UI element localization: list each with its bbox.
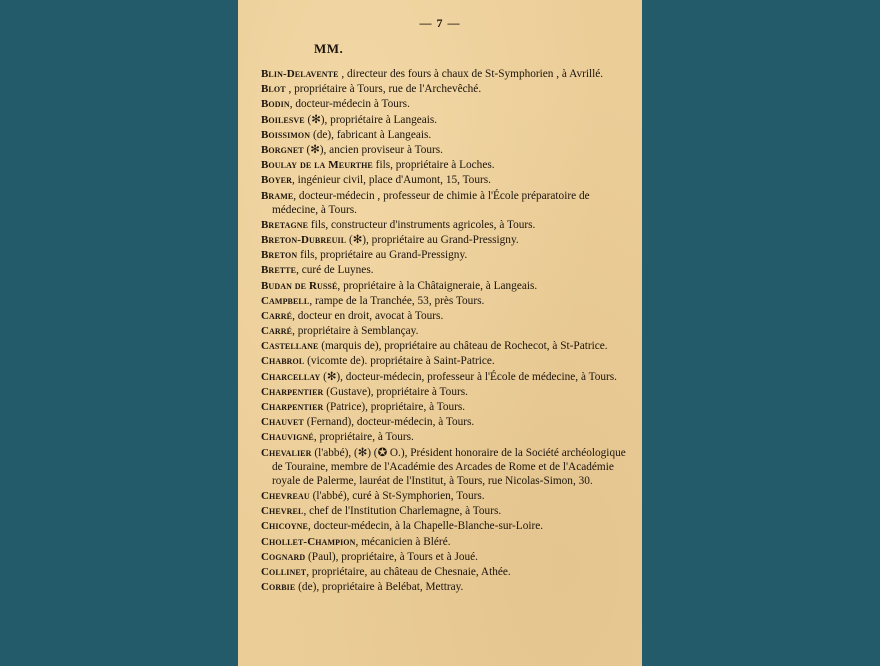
member-name: Chevrel	[261, 505, 303, 517]
member-name: Breton-Dubreuil	[261, 234, 346, 246]
member-description: , docteur en droit, avocat à Tours.	[292, 310, 443, 322]
member-name: Boilesve	[261, 114, 305, 126]
member-description: (de), fabricant à Langeais.	[310, 129, 431, 141]
book-page: — 7 — MM. Blin-Delavente , directeur des…	[238, 0, 642, 666]
member-entry: Chevrel, chef de l'Institution Charlemag…	[261, 504, 633, 518]
member-entry: Boilesve (✻), propriétaire à Langeais.	[261, 113, 633, 127]
member-entry: Blot , propriétaire à Tours, rue de l'Ar…	[261, 82, 633, 96]
member-name: Blin-Delavente	[261, 68, 339, 80]
member-entry: Chauvigné, propriétaire, à Tours.	[261, 430, 633, 444]
member-entry: Blin-Delavente , directeur des fours à c…	[261, 67, 633, 81]
member-description: (de), propriétaire à Belébat, Mettray.	[295, 581, 463, 593]
member-name: Chollet-Champion	[261, 536, 356, 548]
member-description: (✻), propriétaire à Langeais.	[305, 114, 437, 126]
member-entry: Boulay de la Meurthe fils, propriétaire …	[261, 158, 633, 172]
member-description: , chef de l'Institution Charlemagne, à T…	[303, 505, 501, 517]
member-name: Collinet	[261, 566, 306, 578]
member-name: Chevalier	[261, 447, 312, 459]
member-name: Borgnet	[261, 144, 304, 156]
member-name: Chabrol	[261, 355, 304, 367]
member-description: , curé de Luynes.	[296, 264, 373, 276]
member-description: (l'abbé), curé à St-Symphorien, Tours.	[310, 490, 485, 502]
member-name: Corbie	[261, 581, 295, 593]
member-entry: Chauvet (Fernand), docteur-médecin, à To…	[261, 415, 633, 429]
member-description: (✻), docteur-médecin, professeur à l'Éco…	[320, 371, 617, 383]
member-name: Carré	[261, 325, 292, 337]
member-description: fils, propriétaire au Grand-Pressigny.	[297, 249, 467, 261]
member-entry: Breton fils, propriétaire au Grand-Press…	[261, 248, 633, 262]
member-name: Castellane	[261, 340, 318, 352]
member-entry: Charcellay (✻), docteur-médecin, profess…	[261, 370, 633, 384]
member-name: Bodin	[261, 98, 290, 110]
member-entry: Chicoyne, docteur-médecin, à la Chapelle…	[261, 519, 633, 533]
member-name: Brette	[261, 264, 296, 276]
member-name: Campbell	[261, 295, 309, 307]
member-name: Blot	[261, 83, 286, 95]
member-entry: Collinet, propriétaire, au château de Ch…	[261, 565, 633, 579]
member-name: Chauvet	[261, 416, 304, 428]
member-description: (Fernand), docteur-médecin, à Tours.	[304, 416, 474, 428]
member-entry: Chevalier (l'abbé), (✻) (✪ O.), Présiden…	[261, 446, 633, 488]
member-description: (marquis de), propriétaire au château de…	[318, 340, 607, 352]
member-name: Brame	[261, 190, 293, 202]
member-name: Chevreau	[261, 490, 310, 502]
member-description: , propriétaire, à Tours.	[314, 431, 414, 443]
member-description: , propriétaire à la Châtaigneraie, à Lan…	[337, 280, 537, 292]
member-name: Chauvigné	[261, 431, 314, 443]
member-entry: Cognard (Paul), propriétaire, à Tours et…	[261, 550, 633, 564]
member-name: Breton	[261, 249, 297, 261]
member-description: fils, constructeur d'instruments agricol…	[308, 219, 535, 231]
member-name: Chicoyne	[261, 520, 308, 532]
page-number: — 7 —	[238, 16, 642, 31]
member-entry: Charpentier (Gustave), propriétaire à To…	[261, 385, 633, 399]
member-entry: Budan de Russé, propriétaire à la Châtai…	[261, 279, 633, 293]
member-description: , propriétaire, au château de Chesnaie, …	[306, 566, 511, 578]
member-list: Blin-Delavente , directeur des fours à c…	[261, 67, 633, 595]
member-description: , ingénieur civil, place d'Aumont, 15, T…	[292, 174, 491, 186]
member-name: Boyer	[261, 174, 292, 186]
member-entry: Chollet-Champion, mécanicien à Bléré.	[261, 535, 633, 549]
member-entry: Brame, docteur-médecin , professeur de c…	[261, 189, 633, 217]
member-name: Charcellay	[261, 371, 320, 383]
member-entry: Bretagne fils, constructeur d'instrument…	[261, 218, 633, 232]
member-entry: Chabrol (vicomte de). propriétaire à Sai…	[261, 354, 633, 368]
member-entry: Charpentier (Patrice), propriétaire, à T…	[261, 400, 633, 414]
member-description: (Patrice), propriétaire, à Tours.	[323, 401, 465, 413]
member-entry: Carré, propriétaire à Semblançay.	[261, 324, 633, 338]
member-description: , docteur-médecin, à la Chapelle-Blanche…	[308, 520, 543, 532]
member-entry: Borgnet (✻), ancien proviseur à Tours.	[261, 143, 633, 157]
member-name: Budan de Russé	[261, 280, 337, 292]
member-description: , rampe de la Tranchée, 53, près Tours.	[309, 295, 484, 307]
member-entry: Brette, curé de Luynes.	[261, 263, 633, 277]
member-name: Cognard	[261, 551, 305, 563]
member-description: , docteur-médecin à Tours.	[290, 98, 410, 110]
member-description: , propriétaire à Tours, rue de l'Archevê…	[286, 83, 482, 95]
member-entry: Breton-Dubreuil (✻), propriétaire au Gra…	[261, 233, 633, 247]
member-description: (vicomte de). propriétaire à Saint-Patri…	[304, 355, 494, 367]
member-description: , propriétaire à Semblançay.	[292, 325, 418, 337]
member-description: , docteur-médecin , professeur de chimie…	[272, 190, 590, 216]
member-name: Carré	[261, 310, 292, 322]
member-entry: Bodin, docteur-médecin à Tours.	[261, 97, 633, 111]
member-entry: Castellane (marquis de), propriétaire au…	[261, 339, 633, 353]
section-heading: MM.	[314, 41, 343, 57]
member-entry: Campbell, rampe de la Tranchée, 53, près…	[261, 294, 633, 308]
member-description: fils, propriétaire à Loches.	[373, 159, 495, 171]
member-description: (✻), ancien proviseur à Tours.	[304, 144, 443, 156]
member-entry: Boissimon (de), fabricant à Langeais.	[261, 128, 633, 142]
member-description: (l'abbé), (✻) (✪ O.), Président honorair…	[272, 447, 626, 487]
member-name: Charpentier	[261, 386, 323, 398]
member-name: Charpentier	[261, 401, 323, 413]
member-description: , directeur des fours à chaux de St-Symp…	[339, 68, 604, 80]
member-description: (✻), propriétaire au Grand-Pressigny.	[346, 234, 518, 246]
member-entry: Corbie (de), propriétaire à Belébat, Met…	[261, 580, 633, 594]
member-entry: Carré, docteur en droit, avocat à Tours.	[261, 309, 633, 323]
member-entry: Chevreau (l'abbé), curé à St-Symphorien,…	[261, 489, 633, 503]
member-name: Bretagne	[261, 219, 308, 231]
member-entry: Boyer, ingénieur civil, place d'Aumont, …	[261, 173, 633, 187]
member-description: (Gustave), propriétaire à Tours.	[323, 386, 468, 398]
member-description: (Paul), propriétaire, à Tours et à Joué.	[305, 551, 478, 563]
member-name: Boulay de la Meurthe	[261, 159, 373, 171]
member-name: Boissimon	[261, 129, 310, 141]
member-description: , mécanicien à Bléré.	[356, 536, 451, 548]
